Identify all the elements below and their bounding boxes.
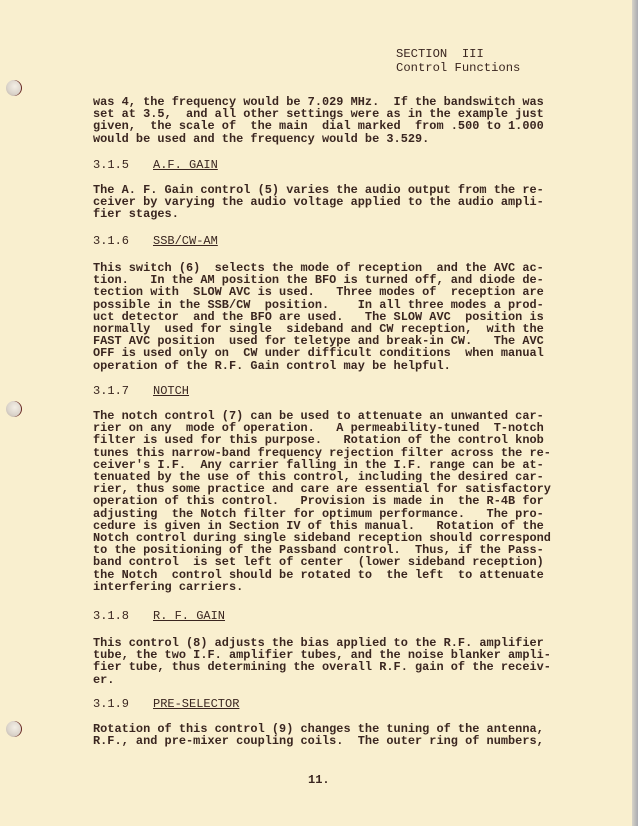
section-heading-3-1-6: 3.1.6SSB/CW-AM [93, 234, 218, 248]
section-heading-3-1-7: 3.1.7NOTCH [93, 384, 189, 398]
section-body-3-1-5: The A. F. Gain control (5) varies the au… [93, 184, 567, 221]
section-number: 3.1.7 [93, 384, 153, 398]
section-number: 3.1.6 [93, 234, 153, 248]
section-title: R. F. GAIN [153, 609, 225, 623]
binder-hole-icon [6, 80, 22, 96]
section-label: SECTION III [396, 47, 520, 61]
section-number: 3.1.5 [93, 158, 153, 172]
binder-hole-icon [6, 721, 22, 737]
section-body-3-1-8: This control (8) adjusts the bias applie… [93, 637, 567, 686]
section-heading-3-1-5: 3.1.5A.F. GAIN [93, 158, 218, 172]
section-title: A.F. GAIN [153, 158, 218, 172]
section-number: 3.1.8 [93, 609, 153, 623]
binder-hole-icon [6, 401, 22, 417]
section-title: NOTCH [153, 384, 189, 398]
page-number: 11. [308, 773, 330, 787]
section-body-3-1-6: This switch (6) selects the mode of rece… [93, 262, 567, 372]
section-heading-3-1-8: 3.1.8R. F. GAIN [93, 609, 225, 623]
section-heading-3-1-9: 3.1.9PRE-SELECTOR [93, 697, 239, 711]
page-header: SECTION IIIControl Functions [396, 47, 520, 75]
intro-paragraph: was 4, the frequency would be 7.029 MHz.… [93, 96, 567, 145]
section-title: SSB/CW-AM [153, 234, 218, 248]
page-edge [632, 0, 638, 826]
section-subtitle: Control Functions [396, 61, 520, 75]
section-title: PRE-SELECTOR [153, 697, 239, 711]
section-number: 3.1.9 [93, 697, 153, 711]
section-body-3-1-9: Rotation of this control (9) changes the… [93, 723, 567, 747]
section-body-3-1-7: The notch control (7) can be used to att… [93, 410, 567, 593]
